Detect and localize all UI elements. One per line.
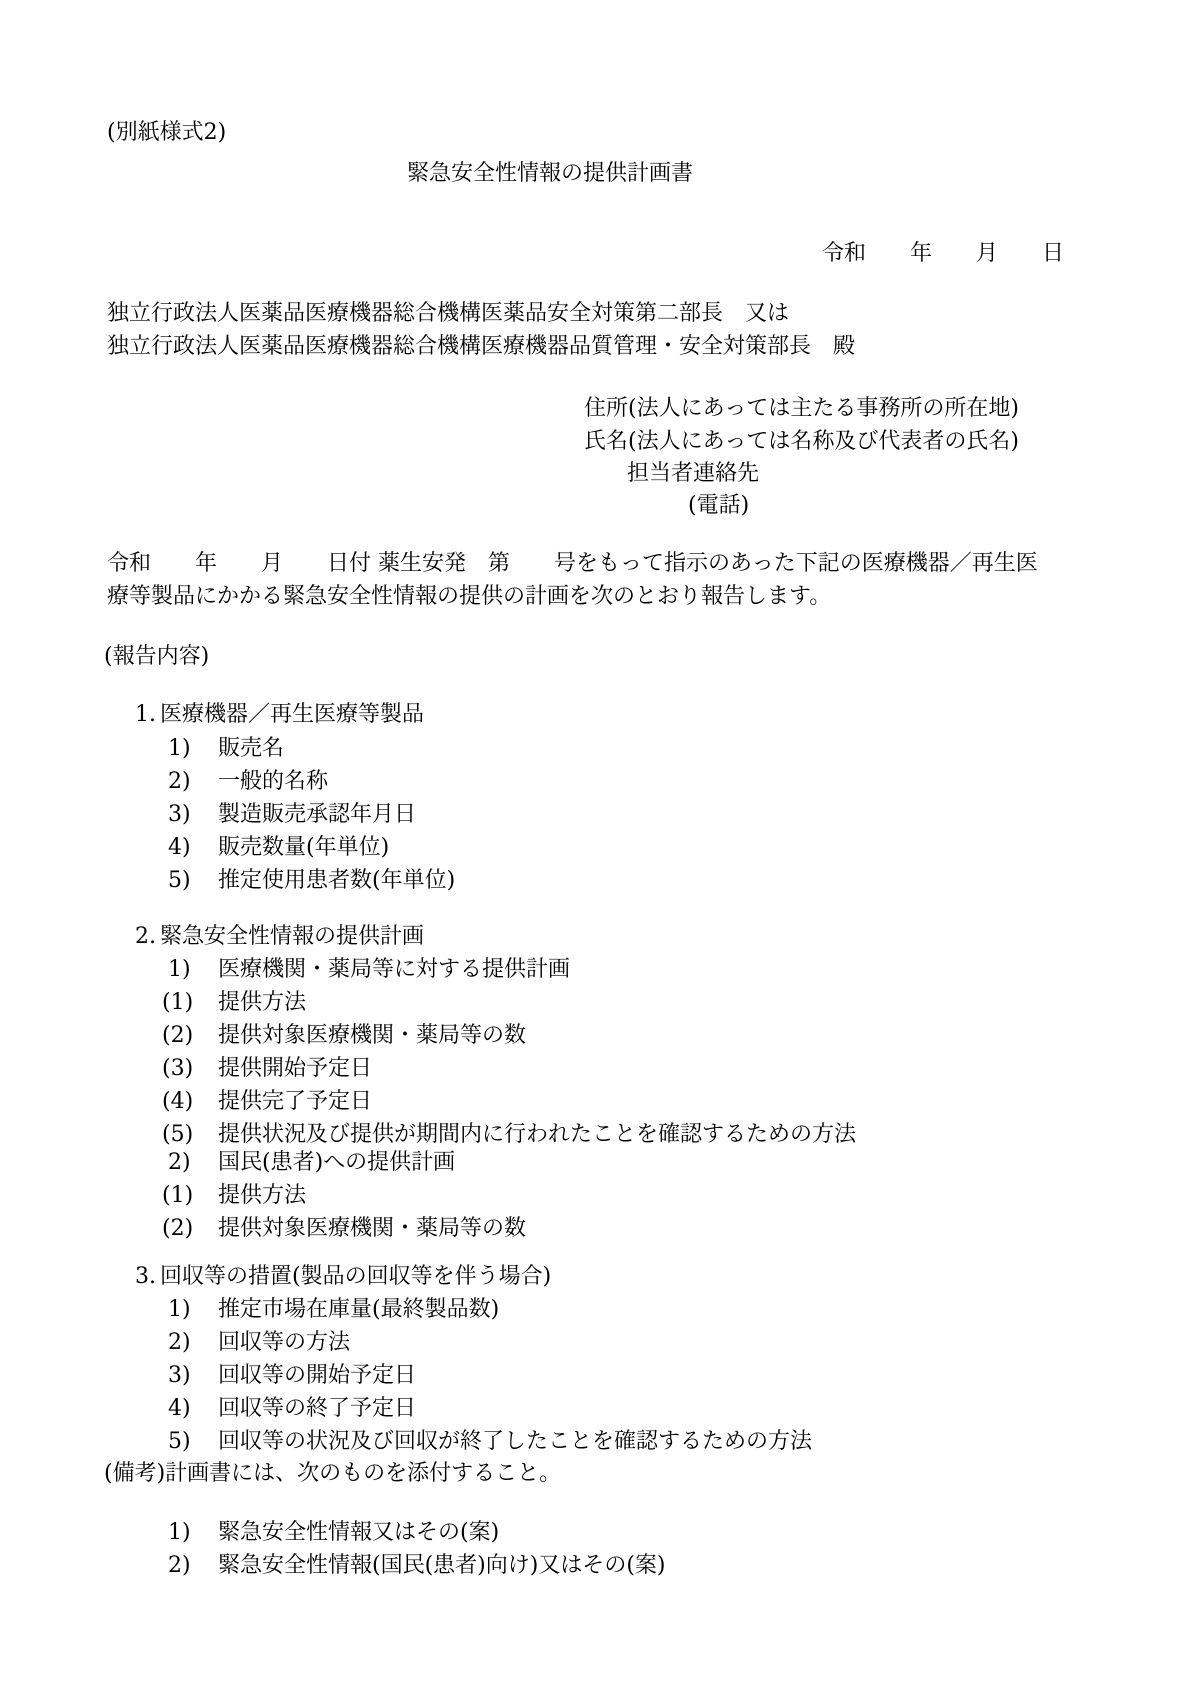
body-paragraph-line-2: 療等製品にかかる緊急安全性情報の提供の計画を次のとおり報告します。 — [107, 584, 831, 610]
item-number: 5) — [168, 868, 218, 894]
item-label: 推定使用患者数(年単位) — [218, 868, 455, 893]
document-title: 緊急安全性情報の提供計画書 — [407, 161, 693, 187]
item-label: 緊急安全性情報(国民(患者)向け)又はその(案) — [218, 1553, 666, 1578]
item-number: 5) — [168, 1429, 218, 1455]
remarks-item: 2)緊急安全性情報(国民(患者)向け)又はその(案) — [140, 1527, 665, 1605]
document-page: (別紙様式2) 緊急安全性情報の提供計画書 令和 年 月 日 独立行政法人医薬品… — [0, 0, 1181, 1695]
item-number: 2) — [168, 1553, 218, 1579]
addressee-line-1: 独立行政法人医薬品医療機器総合機構医薬品安全対策第二部長 又は — [107, 301, 789, 327]
sender-name-label: 氏名(法人にあっては名称及び代表者の氏名) — [584, 429, 1019, 455]
form-number-label: (別紙様式2) — [107, 120, 226, 146]
sender-phone-label: (電話) — [688, 493, 749, 519]
sender-address-label: 住所(法人にあっては主たる事務所の所在地) — [584, 396, 1019, 422]
addressee-line-2: 独立行政法人医薬品医療機器総合機構医療機器品質管理・安全対策部長 殿 — [107, 334, 855, 360]
date-line: 令和 年 月 日 — [822, 241, 1064, 267]
report-contents-label: (報告内容) — [104, 644, 209, 670]
body-paragraph-line-1: 令和 年 月 日付 薬生安発 第 号をもって指示のあった下記の医療機器／再生医 — [107, 551, 1038, 577]
remarks-heading: (備考)計画書には、次のものを添付すること。 — [104, 1461, 561, 1487]
sender-contact-label: 担当者連絡先 — [627, 461, 759, 487]
item-label: 回収等の状況及び回収が終了したことを確認するための方法 — [218, 1429, 812, 1454]
